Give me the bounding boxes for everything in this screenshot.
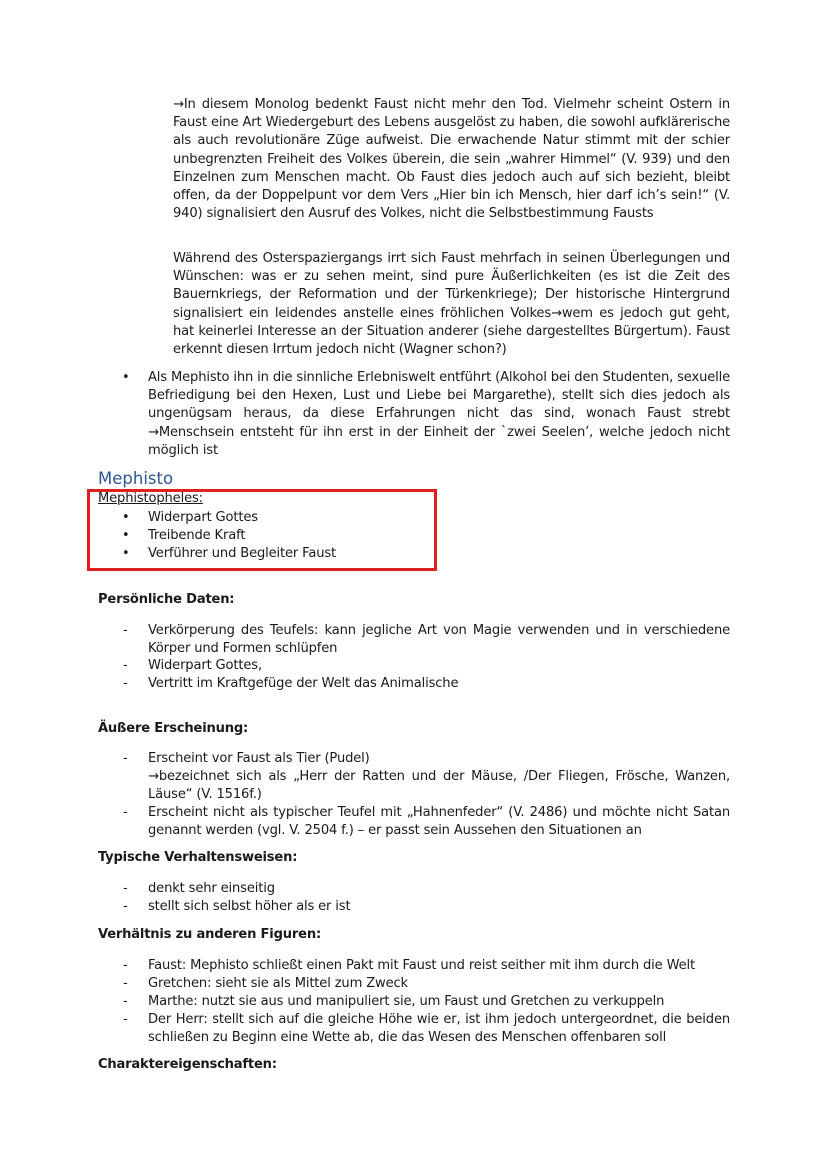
bullet-paragraph-erlebniswelt: Als Mephisto ihn in die sinnliche Erlebn…: [148, 369, 730, 460]
dash-marker: -: [123, 750, 128, 768]
dash-marker: -: [123, 957, 128, 975]
dash-marker: -: [123, 898, 128, 916]
section-title-aeussere-erscheinung: Äußere Erscheinung:: [98, 721, 248, 736]
bullet-marker: •: [122, 527, 130, 545]
list-item: Verkörperung des Teufels: kann jegliche …: [148, 622, 730, 658]
list-item: Erscheint nicht als typischer Teufel mit…: [148, 804, 730, 840]
section-title-verhaeltnis: Verhältnis zu anderen Figuren:: [98, 927, 321, 942]
mephisto-item: Treibende Kraft: [148, 527, 245, 545]
intro-paragraph-osterspaziergang: Während des Osterspaziergangs irrt sich …: [173, 250, 730, 359]
dash-marker: -: [123, 675, 128, 693]
intro-paragraph-monolog: →In diesem Monolog bedenkt Faust nicht m…: [173, 96, 730, 223]
dash-marker: -: [123, 975, 128, 993]
list-item: Faust: Mephisto schließt einen Pakt mit …: [148, 957, 730, 975]
list-item: Erscheint vor Faust als Tier (Pudel) →be…: [148, 750, 730, 804]
document-page: →In diesem Monolog bedenkt Faust nicht m…: [0, 0, 828, 1171]
list-item: Gretchen: sieht sie als Mittel zum Zweck: [148, 975, 730, 993]
bullet-marker: •: [122, 545, 130, 563]
mephisto-item: Widerpart Gottes: [148, 509, 258, 527]
list-item: denkt sehr einseitig: [148, 880, 730, 898]
section-title-charaktereigenschaften: Charaktereigenschaften:: [98, 1057, 277, 1072]
heading-mephisto: Mephisto: [98, 469, 173, 488]
list-item: Marthe: nutzt sie aus und manipuliert si…: [148, 993, 730, 1011]
list-item: Vertritt im Kraftgefüge der Welt das Ani…: [148, 675, 730, 693]
list-item: Der Herr: stellt sich auf die gleiche Hö…: [148, 1011, 730, 1047]
bullet-marker: •: [122, 509, 130, 527]
list-item: Widerpart Gottes,: [148, 657, 730, 675]
dash-marker: -: [123, 880, 128, 898]
dash-marker: -: [123, 804, 128, 822]
section-title-typische-verhaltensweisen: Typische Verhaltensweisen:: [98, 850, 297, 865]
list-item: stellt sich selbst höher als er ist: [148, 898, 730, 916]
dash-marker: -: [123, 622, 128, 640]
dash-marker: -: [123, 1011, 128, 1029]
dash-marker: -: [123, 993, 128, 1011]
subheading-mephistopheles: Mephistopheles:: [98, 491, 203, 506]
dash-marker: -: [123, 657, 128, 675]
mephisto-item: Verführer und Begleiter Faust: [148, 545, 336, 563]
section-title-persoenliche-daten: Persönliche Daten:: [98, 592, 234, 607]
bullet-marker: •: [122, 369, 130, 387]
